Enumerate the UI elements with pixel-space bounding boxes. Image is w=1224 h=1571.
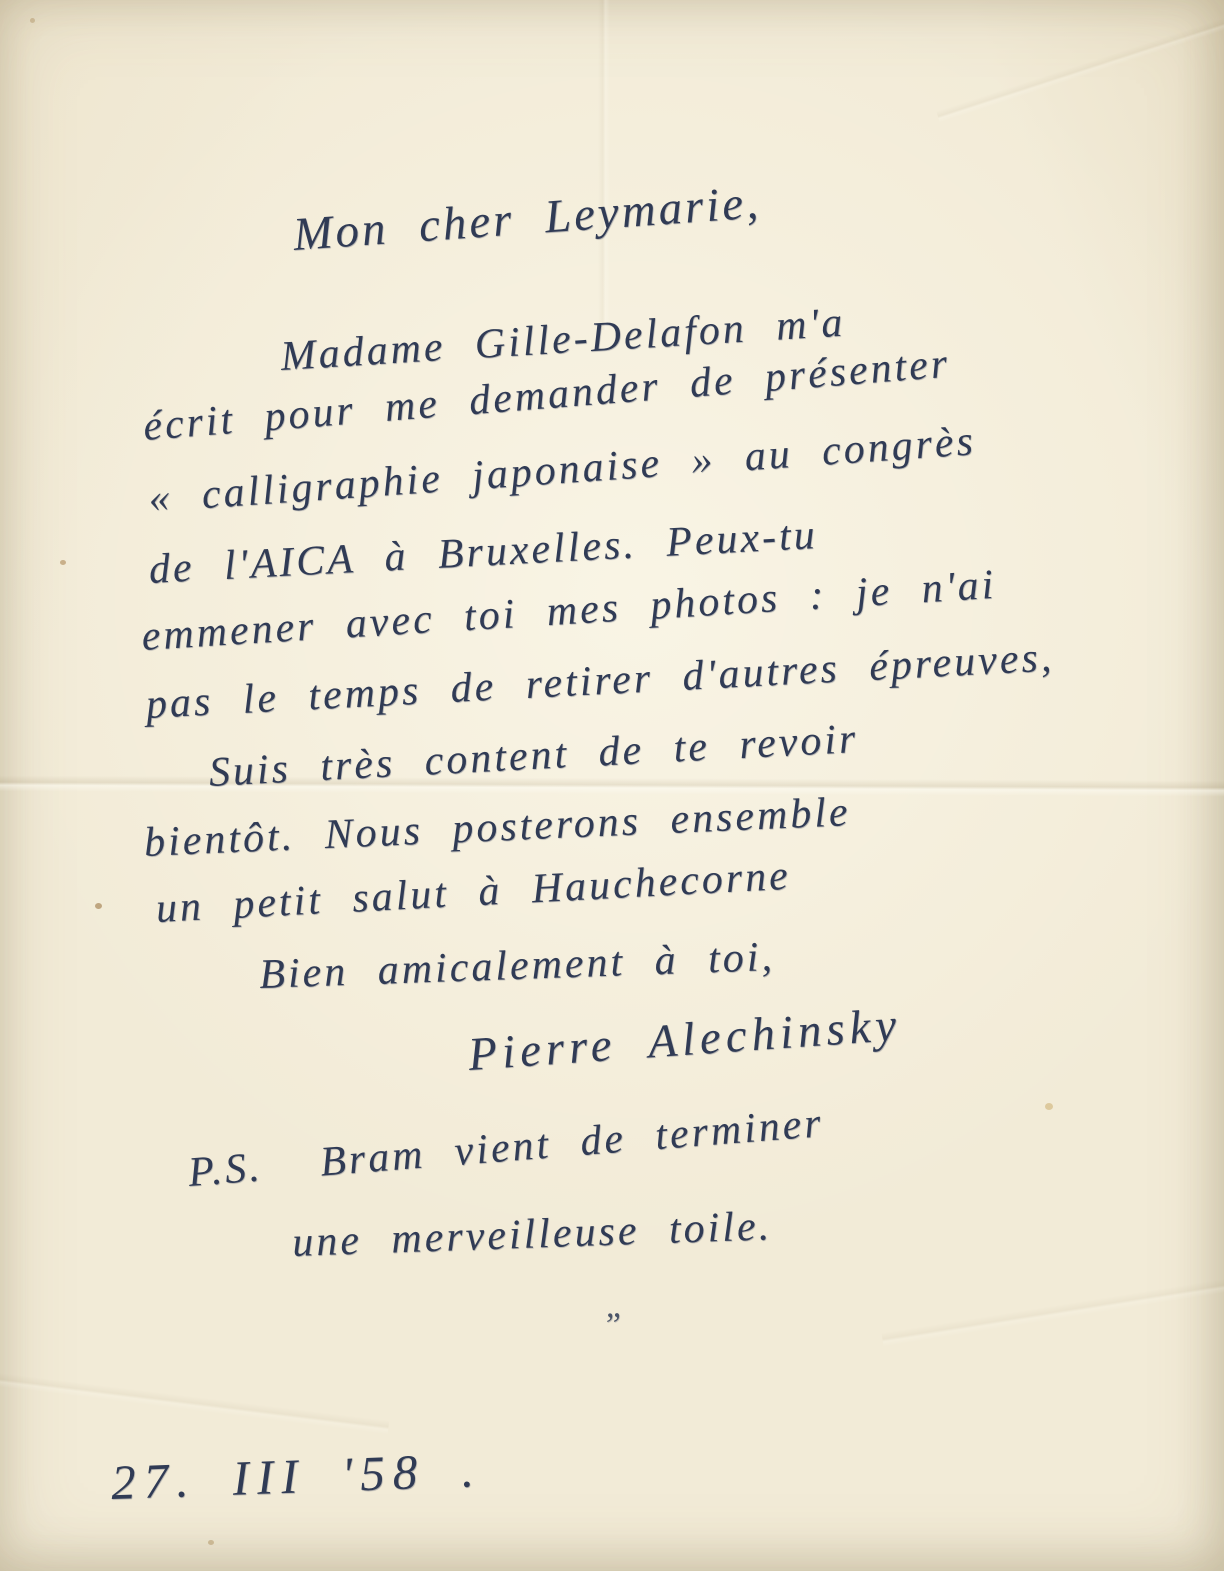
paper-stain [95, 903, 102, 909]
paper-stain [60, 560, 66, 565]
fold-crease-horizontal [0, 775, 1224, 796]
crumple-crease-bottom-left [0, 1369, 389, 1434]
postscript-line1: P.S.Bram vient de terminer [187, 1102, 825, 1194]
paper-stain [30, 18, 35, 23]
date-line: 27. III '58 . [110, 1445, 482, 1507]
body-paragraph2-line1: Suis très content de te revoir [208, 718, 859, 794]
postscript-line2: une merveilleuse toile. [292, 1205, 773, 1264]
letter-paper: Mon cher Leymarie, Madame Gille-Delafon … [0, 0, 1224, 1571]
stray-ink-mark: „ [605, 1289, 628, 1324]
body-paragraph2-line3: un petit salut à Hauchecorne [155, 855, 792, 930]
crumple-crease-top-right [936, 9, 1224, 122]
signature: Pierre Alechinsky [467, 1002, 903, 1079]
fold-crease-vertical [598, 0, 610, 330]
paper-stain [208, 1540, 214, 1545]
crumple-crease-bottom-right [881, 1267, 1224, 1347]
body-paragraph2-line2: bientôt. Nous posterons ensemble [143, 791, 851, 864]
closing-line: Bien amicalement à toi, [259, 936, 776, 996]
paper-stain [1045, 1103, 1053, 1110]
postscript-text: Bram vient de terminer [318, 1100, 825, 1185]
salutation: Mon cher Leymarie, [292, 179, 763, 259]
postscript-label: P.S. [187, 1144, 265, 1196]
